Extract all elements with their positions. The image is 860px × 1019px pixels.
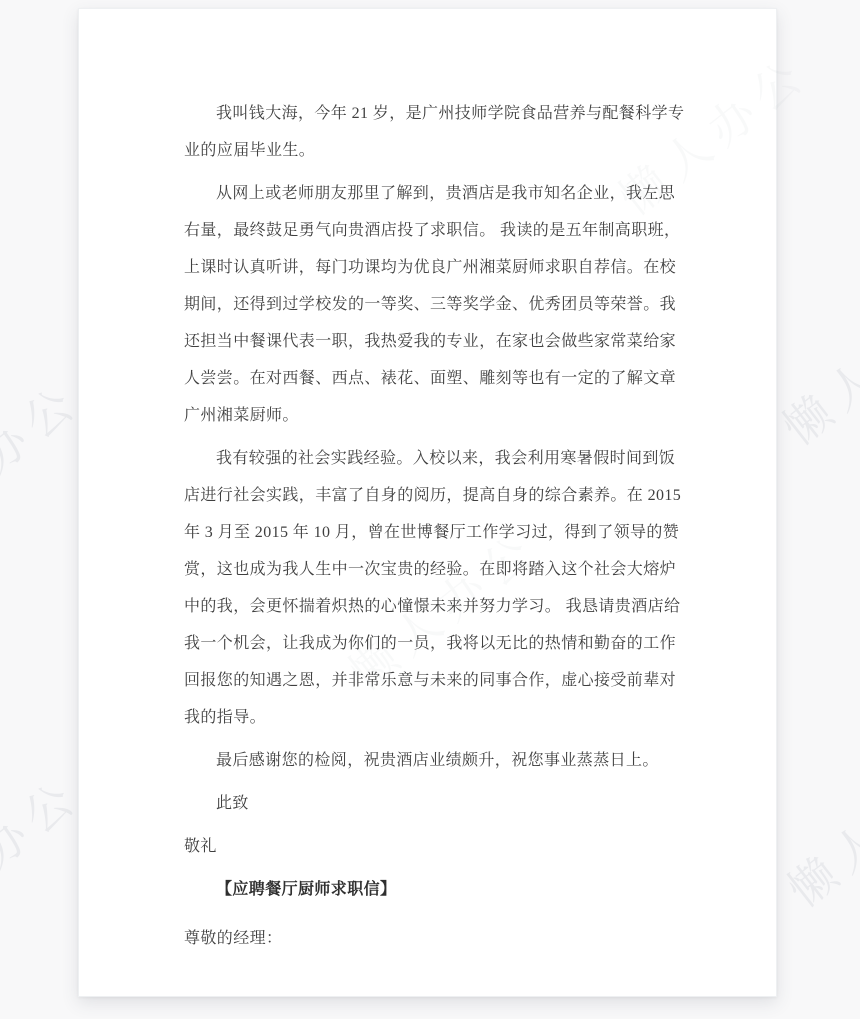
- paragraph-intro: 我叫钱大海，今年 21 岁，是广州技师学院食品营养与配餐科学专业的应届毕业生。: [184, 95, 690, 169]
- watermark: 懒人办公: [772, 730, 860, 920]
- salutation-line: 尊敬的经理：: [184, 920, 690, 957]
- salute-line: 敬礼: [184, 828, 690, 865]
- paragraph-thanks: 最后感谢您的检阅，祝贵酒店业绩颇升，祝您事业蒸蒸日上。: [184, 742, 690, 779]
- watermark: 懒人办公: [767, 268, 860, 458]
- document-preview: { "colors": { "background": "#f8f8f9", "…: [0, 0, 860, 1019]
- closing-line: 此致: [184, 785, 690, 822]
- paragraph-experience: 我有较强的社会实践经验。入校以来，我会利用寒暑假时间到饭店进行社会实践，丰富了自…: [184, 440, 690, 736]
- document-page: 我叫钱大海，今年 21 岁，是广州技师学院食品营养与配餐科学专业的应届毕业生。 …: [78, 8, 777, 997]
- document-content: 我叫钱大海，今年 21 岁，是广州技师学院食品营养与配餐科学专业的应届毕业生。 …: [79, 9, 776, 957]
- paragraph-motivation: 从网上或老师朋友那里了解到，贵酒店是我市知名企业，我左思右量，最终鼓足勇气向贵酒…: [184, 175, 690, 434]
- section-heading: 【应聘餐厅厨师求职信】: [184, 871, 690, 908]
